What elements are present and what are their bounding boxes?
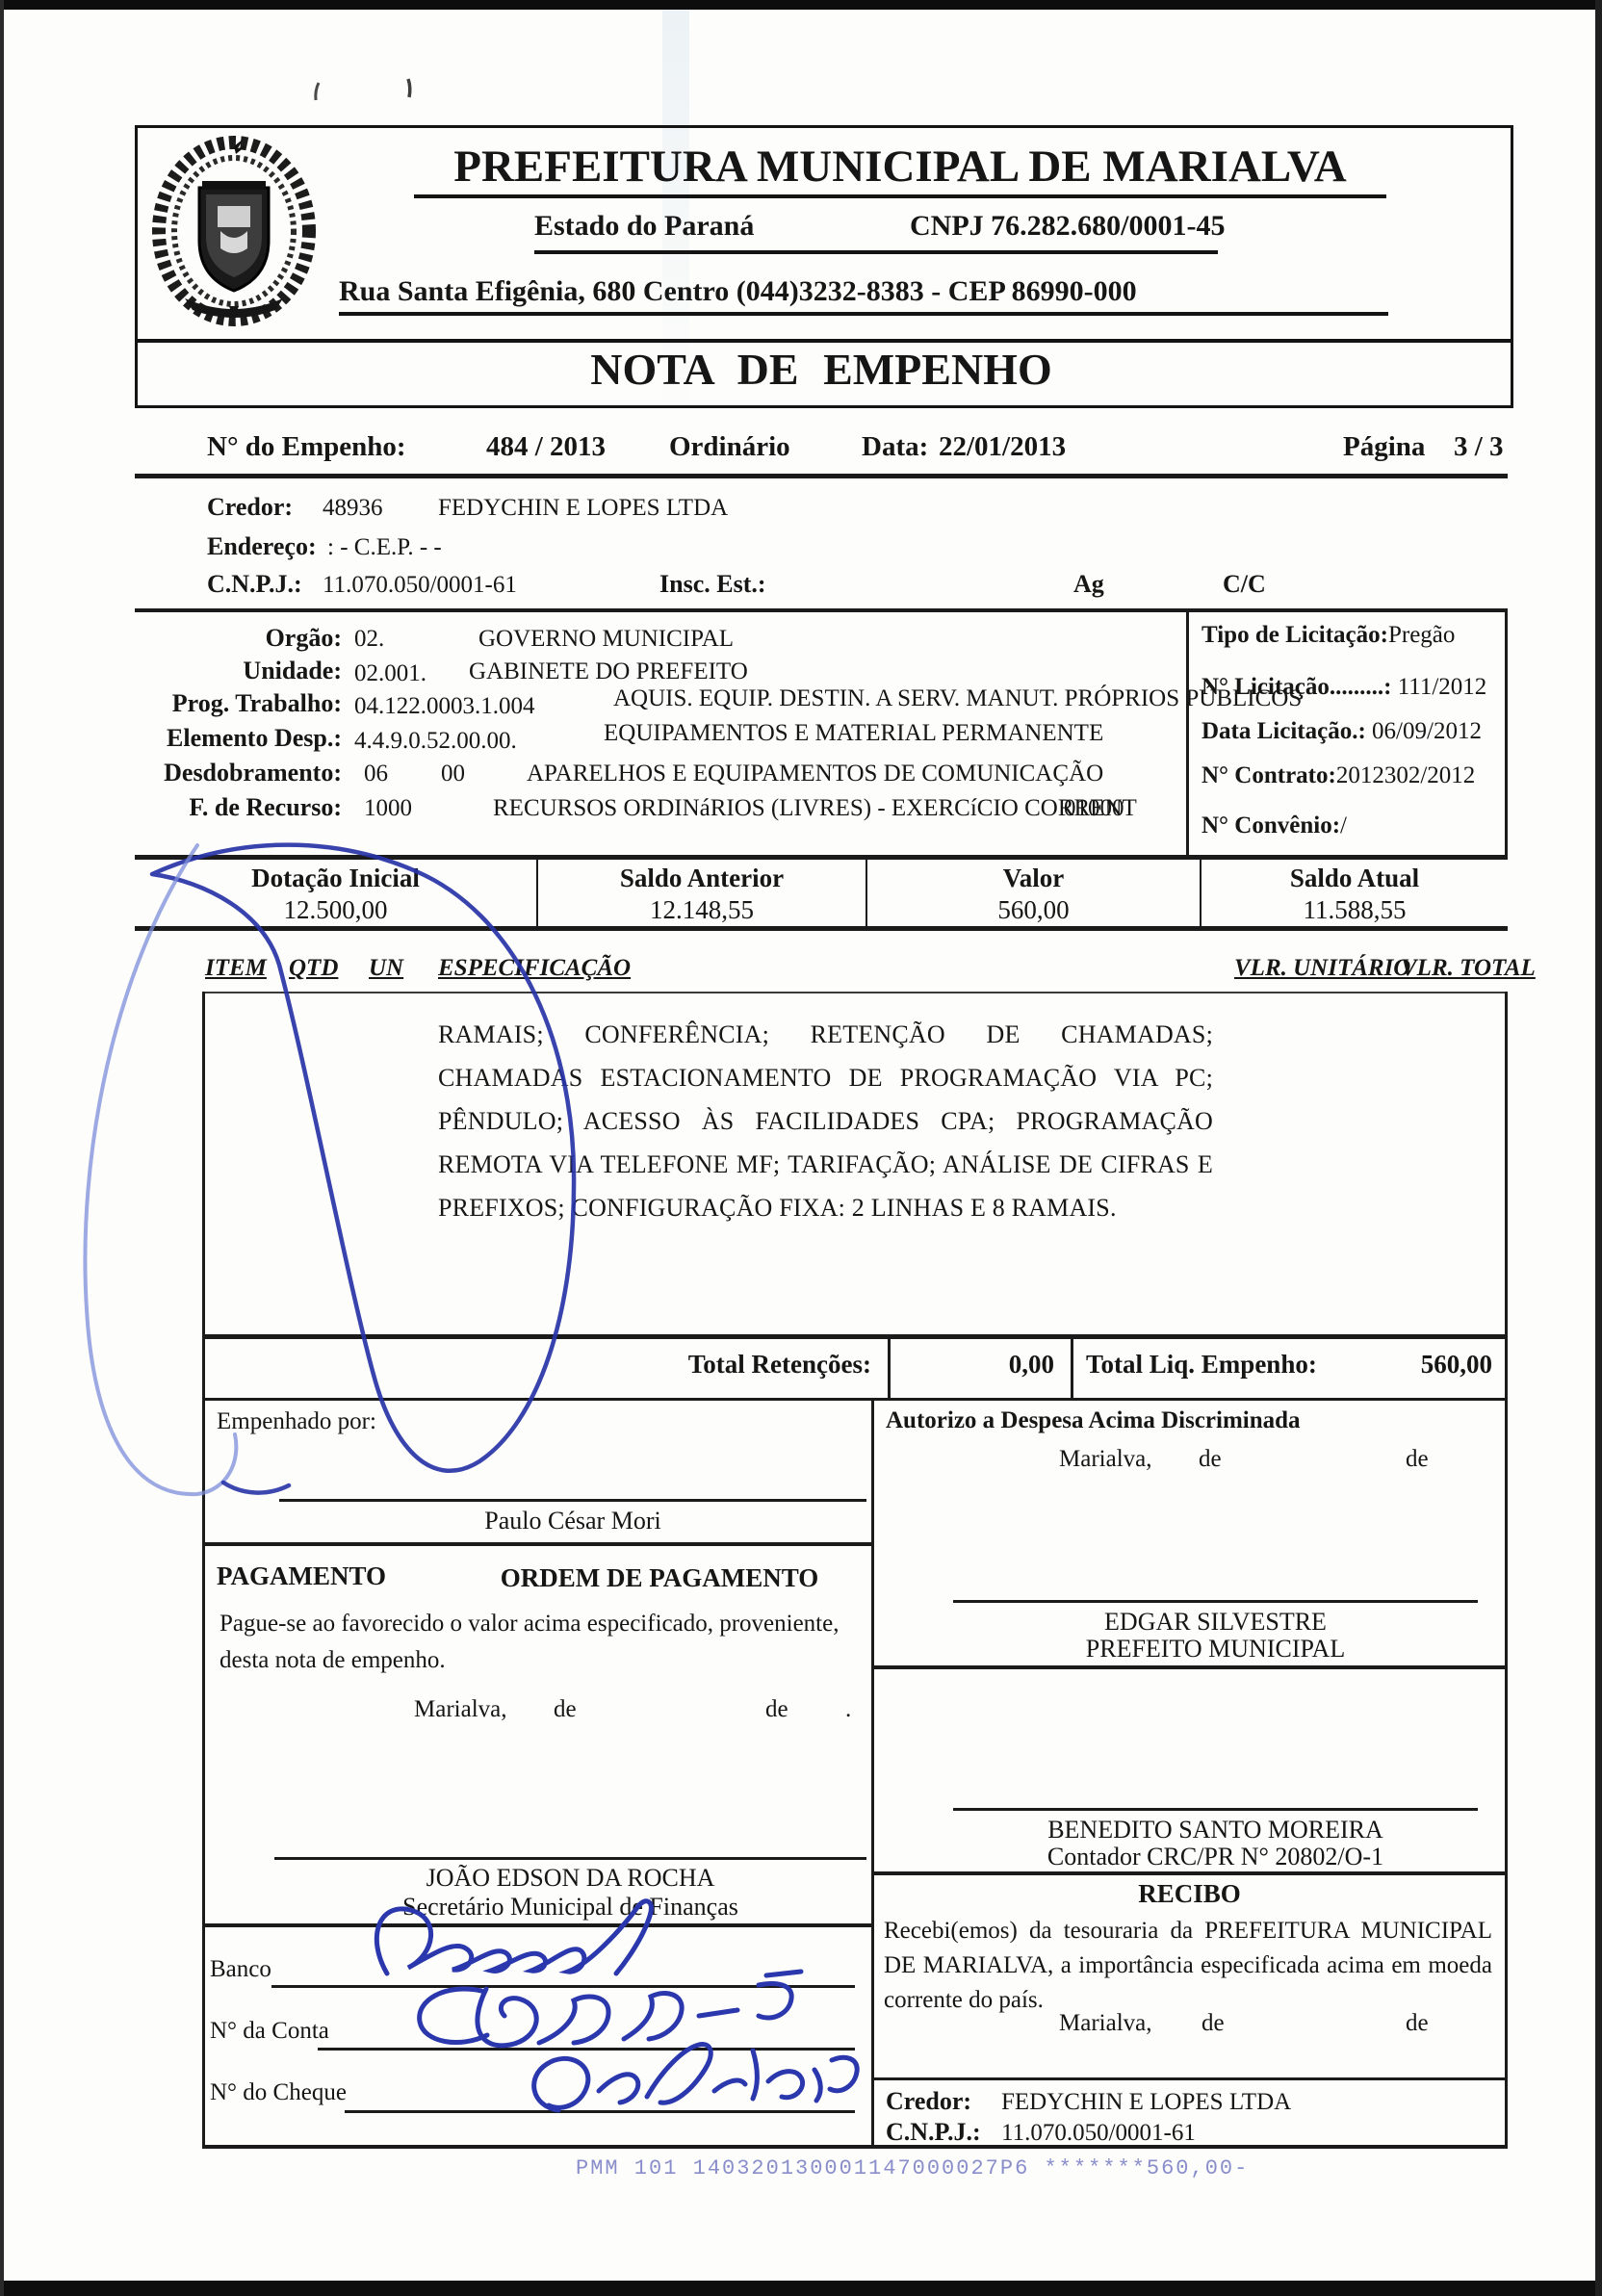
fonte-recurso-value: RECURSOS ORDINáRIOS (LIVRES) - EXERCíCIO…: [493, 795, 1137, 822]
credor-code: 48936: [323, 495, 383, 522]
num-licitacao-row: N° Licitação.........: 111/2012: [1201, 674, 1486, 701]
pagamento-text: Pague-se ao favorecido o valor acima esp…: [220, 1606, 850, 1679]
credor-label: Credor:: [207, 493, 293, 522]
edgar-signature-name: EDGAR SILVESTRE: [953, 1608, 1478, 1637]
orgao-value: GOVERNO MUNICIPAL: [478, 626, 734, 653]
page-number: 3 / 3: [1454, 431, 1504, 463]
footer-credor-label: Credor:: [886, 2087, 971, 2116]
desdobramento-code2: 00: [441, 761, 465, 787]
edgar-signature-line: [953, 1600, 1478, 1603]
divider-benedito-recibo: [871, 1871, 1508, 1875]
num-licitacao-value: 111/2012: [1398, 674, 1487, 700]
divider-joao-banco: [202, 1923, 874, 1927]
joao-signature-line: [274, 1857, 866, 1860]
orgao-code: 02.: [354, 626, 384, 653]
totals-divider-1: [888, 1339, 891, 1398]
desdobramento-value: APARELHOS E EQUIPAMENTOS DE COMUNICAÇÃO: [527, 761, 1103, 787]
elemento-desp-value: EQUIPAMENTOS E MATERIAL PERMANENTE: [604, 720, 1103, 747]
state-label: Estado do Paraná: [534, 210, 754, 243]
recibo-place: Marialva,: [1059, 2010, 1151, 2037]
address-line: Rua Santa Efigênia, 680 Centro (044)3232…: [339, 275, 1388, 316]
credor-name: FEDYCHIN E LOPES LTDA: [438, 495, 728, 522]
paulo-signature-name: Paulo César Mori: [279, 1507, 866, 1535]
saldos-value-dotacao: 12.500,00: [135, 895, 536, 925]
unidade-value: GABINETE DO PREFEITO: [469, 658, 748, 685]
scan-edge-top: [0, 0, 1602, 10]
machine-print-line: PMM 101 140320130001147000027P6 *******5…: [576, 2156, 1249, 2180]
recibo-de1: de: [1201, 2010, 1225, 2037]
totals-row-top-border: [202, 1334, 1508, 1339]
cheque-fill-line: [345, 2110, 855, 2113]
num-licitacao-label: N° Licitação.........:: [1201, 674, 1391, 700]
benedito-signature-name: BENEDITO SANTO MOREIRA: [953, 1816, 1478, 1845]
saldos-header-anterior: Saldo Anterior: [538, 864, 866, 893]
orgao-label: Orgão:: [135, 624, 342, 653]
saldos-table-bottom-border: [135, 926, 1508, 931]
state-cnpj-line: Estado do Paraná CNPJ 76.282.680/0001-45: [534, 210, 1218, 254]
edgar-signature-role: PREFEITO MUNICIPAL: [953, 1635, 1478, 1664]
unidade-code: 02.001.: [354, 660, 426, 687]
scanned-document-nota-de-empenho: PREFEITURA MUNICIPAL DE MARIALVA Estado …: [0, 0, 1602, 2296]
banco-fill-line: [271, 1985, 855, 1988]
scan-edge-bottom: [0, 2281, 1602, 2296]
empenho-date: 22/01/2013: [939, 431, 1066, 463]
saldos-table-top-border: [135, 855, 1508, 860]
total-retencoes-label: Total Retenções:: [578, 1350, 871, 1380]
col-qtd: QTD: [289, 955, 338, 982]
cheque-label: N° do Cheque: [210, 2079, 347, 2106]
conta-fill-line: [318, 2048, 855, 2051]
pagamento-title: PAGAMENTO: [217, 1561, 386, 1591]
tipo-licitacao-row: Tipo de Licitação:Pregão: [1201, 622, 1455, 649]
elemento-desp-label: Elemento Desp.:: [135, 724, 342, 753]
prog-trabalho-code: 04.122.0003.1.004: [354, 693, 535, 720]
desdobramento-code: 06: [364, 761, 388, 787]
prog-trabalho-value: AQUIS. EQUIP. DESTIN. A SERV. MANUT. PRÓ…: [613, 685, 1302, 712]
saldos-value-atual: 11.588,55: [1201, 895, 1508, 925]
empenho-number: 484 / 2013: [486, 431, 606, 463]
page-label: Página: [1343, 431, 1425, 463]
empenho-number-label: N° do Empenho:: [207, 431, 406, 463]
scan-edge-left: [0, 0, 4, 2296]
recibo-text: Recebi(emos) da tesouraria da PREFEITURA…: [884, 1914, 1492, 2018]
insc-est-label: Insc. Est.:: [659, 570, 766, 599]
contrato-row: N° Contrato:2012302/2012: [1201, 762, 1475, 789]
municipal-coat-of-arms: [146, 135, 322, 327]
saldos-header-dotacao: Dotação Inicial: [135, 864, 536, 893]
total-liq-value: 560,00: [1338, 1350, 1492, 1380]
elemento-desp-code: 4.4.9.0.52.00.00.: [354, 728, 517, 755]
saldos-value-anterior: 12.148,55: [538, 895, 866, 925]
pagamento-dot: .: [845, 1696, 851, 1723]
divider-recibo-credor: [871, 2077, 1508, 2080]
empenho-date-label: Data:: [862, 431, 928, 463]
tipo-licitacao-value: Pregão: [1388, 622, 1455, 648]
rule-under-credor: [135, 608, 1508, 612]
scan-artifact-mark: [316, 83, 319, 100]
col-vlr-total: VLR. TOTAL: [1401, 955, 1536, 982]
saldos-header-atual: Saldo Atual: [1201, 864, 1508, 893]
main-box-bottom-border: [202, 2145, 1508, 2149]
total-liq-label: Total Liq. Empenho:: [1086, 1350, 1317, 1380]
contrato-value: 2012302/2012: [1336, 762, 1475, 788]
footer-cnpj-value: 11.070.050/0001-61: [1001, 2120, 1196, 2147]
prog-trabalho-label: Prog. Trabalho:: [135, 689, 342, 718]
fonte-recurso-code: 1000: [364, 795, 412, 822]
tipo-licitacao-label: Tipo de Licitação:: [1201, 622, 1388, 648]
unidade-label: Unidade:: [135, 657, 342, 685]
ag-label: Ag: [1073, 570, 1104, 599]
footer-credor-value: FEDYCHIN E LOPES LTDA: [1001, 2089, 1291, 2116]
fonte-recurso-extra: 01000: [1064, 795, 1124, 822]
total-retencoes-value: 0,00: [905, 1350, 1054, 1380]
endereco-label: Endereço:: [207, 532, 317, 561]
convenio-row: N° Convênio:/: [1201, 813, 1347, 839]
divider-empenhado-pagamento: [202, 1542, 874, 1546]
data-licitacao-value: 06/09/2012: [1372, 718, 1482, 744]
doc-title: NOTA DE EMPENHO: [135, 344, 1508, 395]
autorizo-de1: de: [1199, 1446, 1222, 1473]
handwriting-conta: [420, 1972, 801, 2046]
pagamento-de1: de: [554, 1696, 577, 1723]
benedito-signature-role: Contador CRC/PR N° 20802/O-1: [953, 1843, 1478, 1871]
licitacao-box-right-border: [1505, 612, 1508, 855]
autorizo-place: Marialva,: [1059, 1446, 1151, 1473]
contrato-label: N° Contrato:: [1201, 762, 1336, 788]
endereco-value: : - C.E.P. - -: [327, 534, 442, 561]
empenho-modality: Ordinário: [669, 431, 790, 463]
totals-divider-2: [1071, 1339, 1073, 1398]
cnpj-value: 11.070.050/0001-61: [323, 572, 517, 599]
pagamento-de2: de: [765, 1696, 788, 1723]
saldos-header-valor: Valor: [867, 864, 1200, 893]
data-licitacao-row: Data Licitação.: 06/09/2012: [1201, 718, 1482, 745]
joao-signature-name: JOÃO EDSON DA ROCHA: [274, 1864, 866, 1893]
item-description: RAMAIS; CONFERÊNCIA; RETENÇÃO DE CHAMADA…: [438, 1013, 1213, 1229]
convenio-value: /: [1340, 813, 1347, 838]
autorizo-title: Autorizo a Despesa Acima Discriminada: [886, 1407, 1301, 1434]
licitacao-box-left-border: [1186, 612, 1189, 855]
benedito-signature-line: [953, 1808, 1478, 1811]
conta-label: N° da Conta: [210, 2018, 329, 2045]
paulo-signature-line: [279, 1499, 866, 1502]
main-box-right-border: [1505, 992, 1508, 2149]
footer-cnpj-label: C.N.P.J.:: [886, 2118, 981, 2147]
rule-under-empenho: [135, 474, 1508, 478]
totals-row-bottom-border: [202, 1398, 1508, 1401]
recibo-title: RECIBO: [871, 1879, 1508, 1909]
data-licitacao-label: Data Licitação.:: [1201, 718, 1366, 744]
org-title: PREFEITURA MUNICIPAL DE MARIALVA: [414, 141, 1386, 198]
col-item: ITEM: [205, 955, 267, 982]
col-vlr-unitario: VLR. UNITÁRIO: [1234, 955, 1410, 982]
col-especificacao: ESPECIFICAÇÃO: [438, 955, 631, 982]
item-box-top-border: [202, 992, 1508, 993]
col-un: UN: [369, 955, 403, 982]
convenio-label: N° Convênio:: [1201, 813, 1340, 838]
header-cnpj: CNPJ 76.282.680/0001-45: [910, 210, 1225, 243]
handwriting-cheque: [534, 2045, 858, 2110]
cnpj-label: C.N.P.J.:: [207, 570, 302, 599]
autorizo-de2: de: [1406, 1446, 1429, 1473]
desdobramento-label: Desdobramento:: [135, 759, 342, 787]
recibo-de2: de: [1406, 2010, 1429, 2037]
pen-stroke-tail: [223, 1483, 289, 1493]
main-box-left-border: [202, 992, 205, 2149]
saldos-value-valor: 560,00: [867, 895, 1200, 925]
empenhado-por-label: Empenhado por:: [217, 1408, 376, 1435]
fonte-recurso-label: F. de Recurso:: [135, 793, 342, 822]
scan-artifact-mark: [408, 79, 410, 97]
lower-center-divider: [871, 1401, 874, 2149]
ordem-pagamento-title: ORDEM DE PAGAMENTO: [452, 1563, 866, 1593]
cc-label: C/C: [1223, 570, 1266, 599]
banco-label: Banco: [210, 1956, 271, 1983]
joao-signature-role: Secretário Municipal de Finanças: [274, 1893, 866, 1922]
divider-edgar-benedito: [871, 1665, 1508, 1669]
scan-edge-right: [1595, 0, 1602, 2296]
pagamento-place: Marialva,: [414, 1696, 506, 1723]
